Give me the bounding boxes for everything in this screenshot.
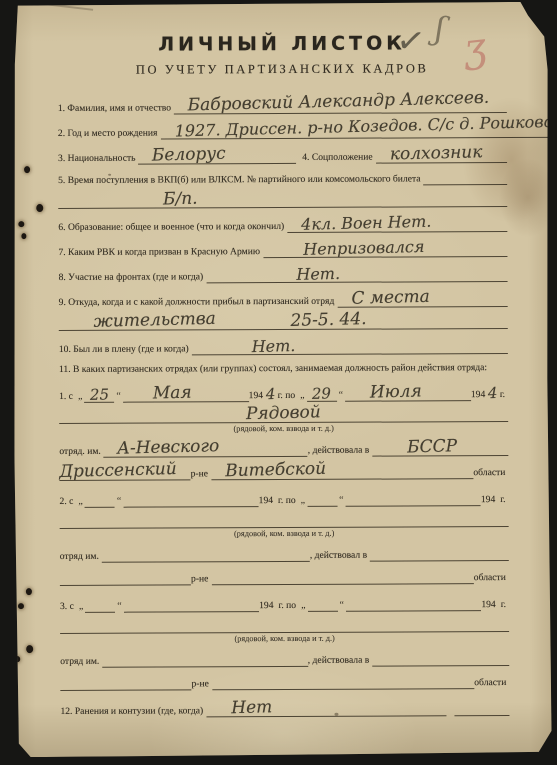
field-label: 8. Участие на фронтах (где и когда) bbox=[59, 271, 207, 284]
field-3-4-nationality-social: 3. Национальность Белорус 4. Соцположени… bbox=[58, 142, 507, 165]
quote-mark: „ bbox=[299, 495, 308, 507]
field-11-detachments-label: 11. В каких партизанских отрядах (или гр… bbox=[59, 361, 508, 376]
field-line: жительства 25-5. 44. bbox=[59, 308, 508, 331]
handwritten-year-digit: 4 bbox=[488, 386, 500, 401]
day-line bbox=[85, 486, 115, 508]
quote-mark: “ bbox=[114, 391, 123, 403]
day-line: 29 bbox=[307, 380, 337, 402]
month-line bbox=[123, 485, 258, 508]
oblast-label: области bbox=[474, 677, 509, 689]
field-label: 2. Год и место рождения bbox=[58, 128, 161, 140]
field-line-short bbox=[454, 694, 509, 716]
field-12-wounds: 12. Ранения и контузии (где, когда) Нет bbox=[60, 695, 509, 718]
printed-year: 194 bbox=[259, 600, 276, 612]
printed-year-suffix: г. bbox=[500, 389, 508, 401]
field-line bbox=[423, 166, 507, 185]
printed-year: 194 bbox=[471, 389, 488, 401]
quote-mark: “ bbox=[115, 601, 124, 613]
day-line bbox=[85, 591, 115, 613]
quote-mark: “ bbox=[115, 496, 124, 508]
scanned-form-page: ✓ ʃ ʒ ЛИЧНЫЙ ЛИСТОК ПО УЧЕТУ ПАРТИЗАНСКИ… bbox=[11, 2, 551, 757]
detachment-label: отряд им. bbox=[60, 551, 102, 563]
position-line: Рядовой bbox=[59, 403, 508, 424]
field-line: Непризовался bbox=[263, 235, 508, 258]
detachment-label: отряд им. bbox=[60, 656, 102, 668]
field-label: 10. Был ли в плену (где и когда) bbox=[59, 343, 192, 356]
field-line: Нет. bbox=[206, 260, 507, 283]
position-note: (рядовой, ком. взвода и т. д.) bbox=[60, 528, 509, 540]
field-label: 12. Ранения и контузии (где, когда) bbox=[60, 705, 206, 718]
month-line bbox=[346, 589, 481, 612]
field-10-captivity: 10. Был ли в плену (где и когда) Нет. bbox=[59, 333, 508, 356]
acted-label: , действовала в bbox=[308, 655, 373, 667]
quote-mark: “ bbox=[337, 495, 346, 507]
acted-label: , действовал в bbox=[310, 550, 370, 562]
handwritten-date: 25-5. 44. bbox=[291, 311, 367, 330]
detachment-label: отряд. им. bbox=[59, 446, 104, 458]
day-line: 25 bbox=[84, 381, 114, 403]
handwritten-value: Белорус bbox=[152, 146, 226, 165]
field-label: 5. Время поступления в ВКП(б) или ВЛКСМ.… bbox=[58, 173, 423, 187]
field-label: 9. Откуда, когда и с какой должности при… bbox=[59, 296, 338, 309]
quote-mark: „ bbox=[76, 391, 85, 403]
form-subtitle: ПО УЧЕТУ ПАРТИЗАНСКИХ КАДРОВ bbox=[58, 61, 507, 78]
district-line bbox=[60, 668, 191, 691]
printed-to: г. по bbox=[278, 495, 299, 507]
handwritten-value: 4кл. Воен Нет. bbox=[301, 214, 432, 233]
handwritten-value: Бабровский Александр Алексеев. bbox=[188, 90, 490, 115]
month-line bbox=[345, 484, 480, 507]
handwritten-position: Рядовой bbox=[246, 404, 321, 423]
field-line: Белорус bbox=[138, 142, 296, 165]
acted-label: , действовала в bbox=[308, 445, 373, 457]
district-line: Дриссенский bbox=[59, 458, 190, 481]
field-9-answer-line: жительства 25-5. 44. bbox=[59, 309, 508, 331]
field-label: 3. Национальность bbox=[58, 153, 139, 165]
handwritten-district: Дриссенский bbox=[59, 461, 177, 481]
acted-line bbox=[370, 539, 509, 562]
month-line bbox=[124, 590, 259, 613]
field-5-answer-line: Б/п. bbox=[58, 187, 507, 209]
field-line: 1927. Дриссен. р-но Козедов. С/с д. Рошк… bbox=[160, 116, 553, 140]
service-entry-1-detachment: отряд. им. А-Невского , действовала в БС… bbox=[59, 435, 508, 458]
oblast-line bbox=[211, 562, 473, 585]
handwritten-value: Нет. bbox=[251, 338, 295, 355]
district-label: р-не bbox=[191, 678, 211, 690]
acted-line: БССР bbox=[372, 434, 508, 457]
position-note: (рядовой, ком. взвода и т. д.) bbox=[59, 423, 508, 435]
day-line bbox=[307, 485, 337, 507]
field-label: 1. Фамилия, имя и отчество bbox=[58, 102, 174, 115]
entry-number: 1. с bbox=[59, 391, 76, 403]
quote-mark: „ bbox=[298, 390, 307, 402]
handwritten-value: 1927. Дриссен. р-но Козедов. С/с д. Рошк… bbox=[174, 114, 553, 140]
service-entry-2-district: р-не области bbox=[60, 563, 509, 586]
quote-mark: “ bbox=[338, 600, 347, 612]
entry-number: 3. с bbox=[60, 601, 77, 613]
handwritten-day: 25 bbox=[89, 387, 108, 402]
field-5-party: 5. Время поступления в ВКП(б) или ВЛКСМ.… bbox=[58, 167, 507, 187]
field-1-name: 1. Фамилия, имя и отчество Бабровский Ал… bbox=[58, 92, 507, 115]
field-label: 6. Образование: общее и военное (что и к… bbox=[58, 221, 287, 234]
handwritten-month: Мая bbox=[152, 385, 191, 403]
day-line bbox=[307, 590, 337, 612]
handwritten-value: колхозник bbox=[389, 144, 482, 163]
field-line: Бабровский Александр Алексеев. bbox=[174, 91, 507, 114]
field-2-birth: 2. Год и место рождения 1927. Дриссен. р… bbox=[58, 117, 507, 140]
quote-mark: “ bbox=[337, 390, 346, 402]
form-title: ЛИЧНЫЙ ЛИСТОК bbox=[57, 32, 506, 56]
printed-year: 194 bbox=[249, 390, 266, 402]
printed-year: 194 bbox=[481, 599, 498, 611]
oblast-label: области bbox=[474, 572, 509, 584]
field-label: 7. Каким РВК и когда призван в Красную А… bbox=[58, 246, 263, 259]
field-line: колхозник bbox=[376, 141, 508, 164]
district-label: р-не bbox=[191, 468, 211, 480]
printed-to: г. по bbox=[278, 390, 299, 402]
position-line bbox=[60, 508, 509, 529]
field-label: 4. Соцположение bbox=[296, 152, 375, 164]
handwritten-value: Непризовался bbox=[303, 239, 425, 258]
service-entry-3-district: р-не области bbox=[60, 668, 509, 691]
position-note: (рядовой, ком. взвода и т. д.) bbox=[60, 633, 509, 645]
detachment-line bbox=[102, 540, 310, 563]
handwritten-value: Б/п. bbox=[163, 191, 198, 209]
oblast-line: Витебской bbox=[211, 457, 473, 480]
field-line: Б/п. bbox=[58, 186, 507, 209]
field-line: С места bbox=[337, 285, 507, 308]
service-entry-3-dates: 3. с „ “ 194 г. по „ “ 194 г. bbox=[60, 590, 509, 613]
month-line: Июля bbox=[345, 379, 471, 402]
handwritten-value: С места bbox=[351, 289, 430, 308]
service-entry-3-detachment: отряд им. , действовала в bbox=[60, 645, 509, 668]
entry-number: 2. с bbox=[60, 496, 77, 508]
handwritten-value: Нет bbox=[231, 699, 272, 717]
handwritten-value: жительства bbox=[93, 311, 216, 331]
printed-year-suffix: г. bbox=[500, 494, 508, 506]
handwritten-oblast: Витебской bbox=[225, 461, 326, 481]
quote-mark: „ bbox=[299, 600, 308, 612]
month-line: Мая bbox=[123, 380, 249, 403]
quote-mark: „ bbox=[76, 496, 85, 508]
service-entry-1-district: Дриссенский р-не Витебской области bbox=[59, 458, 508, 481]
service-entry-1-dates: 1. с „ 25 “ Мая 194 4 г. по „ 29 “ Июля … bbox=[59, 380, 508, 403]
field-9-origin: 9. Откуда, когда и с какой должности при… bbox=[59, 286, 508, 309]
oblast-label: области bbox=[473, 467, 508, 479]
field-8-fronts: 8. Участие на фронтах (где и когда) Нет. bbox=[58, 261, 507, 284]
field-line: Нет. bbox=[192, 332, 508, 355]
field-7-rvk: 7. Каким РВК и когда призван в Красную А… bbox=[58, 236, 507, 259]
district-line bbox=[60, 563, 191, 586]
detachment-line: А-Невского bbox=[104, 435, 308, 458]
handwritten-day: 29 bbox=[312, 386, 331, 401]
handwritten-region: БССР bbox=[407, 438, 457, 456]
printed-to: г. по bbox=[278, 600, 299, 612]
field-line: Нет bbox=[206, 694, 446, 717]
acted-line bbox=[372, 644, 509, 667]
handwritten-value: Нет. bbox=[296, 266, 340, 283]
field-line: 4кл. Воен Нет. bbox=[287, 210, 507, 233]
detachment-line bbox=[102, 645, 308, 668]
quote-mark: „ bbox=[77, 601, 86, 613]
field-6-education: 6. Образование: общее и военное (что и к… bbox=[58, 211, 507, 234]
printed-year-suffix: г. bbox=[501, 599, 509, 611]
oblast-line bbox=[212, 667, 474, 690]
printed-year: 194 bbox=[481, 494, 498, 506]
position-line bbox=[60, 613, 509, 634]
service-entry-2-detachment: отряд им. , действовал в bbox=[60, 540, 509, 563]
service-entry-2-dates: 2. с „ “ 194 г. по „ “ 194 г. bbox=[59, 485, 508, 508]
handwritten-year-digit: 4 bbox=[266, 387, 278, 402]
handwritten-month: Июля bbox=[370, 383, 422, 401]
printed-year: 194 bbox=[259, 495, 276, 507]
handwritten-detachment: А-Невского bbox=[117, 438, 220, 458]
district-label: р-не bbox=[191, 573, 211, 585]
